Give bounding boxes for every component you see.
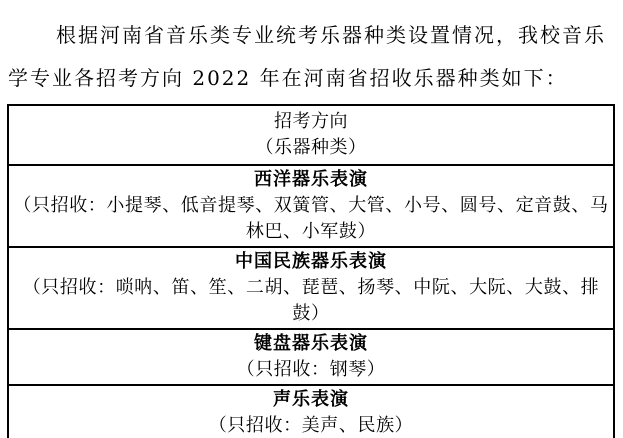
header-line-direction: 招考方向: [11, 109, 611, 135]
table-cell-chinese-folk-instruments: 中国民族器乐表演 （只招收：唢呐、笛、笙、二胡、琵琶、扬琴、中阮、大阮、大鼓、排…: [8, 247, 614, 329]
table-row-western-instruments: 西洋器乐表演 （只招收：小提琴、低音提琴、双簧管、大管、小号、圆号、定音鼓、马 …: [8, 165, 614, 247]
table-row-chinese-folk-instruments: 中国民族器乐表演 （只招收：唢呐、笛、笙、二胡、琵琶、扬琴、中阮、大阮、大鼓、排…: [8, 247, 614, 329]
row-detail-line: （只招收：唢呐、笛、笙、二胡、琵琶、扬琴、中阮、大阮、大鼓、排: [11, 275, 611, 301]
table-row-keyboard-instruments: 键盘器乐表演 （只招收：钢琴）: [8, 329, 614, 385]
admission-directions-table: 招考方向 （乐器种类） 西洋器乐表演 （只招收：小提琴、低音提琴、双簧管、大管、…: [7, 104, 615, 438]
row-detail-line: 鼓）: [11, 301, 611, 327]
intro-paragraph: 根据河南省音乐类专业统考乐器种类设置情况，我校音乐 学专业各招考方向 2022 …: [8, 14, 615, 100]
row-detail-line: （只招收：美声、民族）: [11, 413, 611, 438]
table-cell-keyboard-instruments: 键盘器乐表演 （只招收：钢琴）: [8, 329, 614, 385]
intro-line-1: 根据河南省音乐类专业统考乐器种类设置情况，我校音乐: [8, 14, 615, 57]
header-line-instrument-type: （乐器种类）: [11, 135, 611, 161]
row-title: 西洋器乐表演: [11, 167, 611, 193]
row-detail-line: （只招收：钢琴）: [11, 357, 611, 383]
row-title: 中国民族器乐表演: [11, 249, 611, 275]
row-title: 声乐表演: [11, 387, 611, 413]
table-cell-vocal-performance: 声乐表演 （只招收：美声、民族）: [8, 385, 614, 438]
row-detail-line: 林巴、小军鼓）: [11, 219, 611, 245]
table-cell-western-instruments: 西洋器乐表演 （只招收：小提琴、低音提琴、双簧管、大管、小号、圆号、定音鼓、马 …: [8, 165, 614, 247]
table-header-cell: 招考方向 （乐器种类）: [8, 105, 614, 165]
table-header-row: 招考方向 （乐器种类）: [8, 105, 614, 165]
row-detail-line: （只招收：小提琴、低音提琴、双簧管、大管、小号、圆号、定音鼓、马: [11, 193, 611, 219]
row-title: 键盘器乐表演: [11, 331, 611, 357]
table-row-vocal-performance: 声乐表演 （只招收：美声、民族）: [8, 385, 614, 438]
intro-line-2: 学专业各招考方向 2022 年在河南省招收乐器种类如下：: [8, 57, 615, 100]
